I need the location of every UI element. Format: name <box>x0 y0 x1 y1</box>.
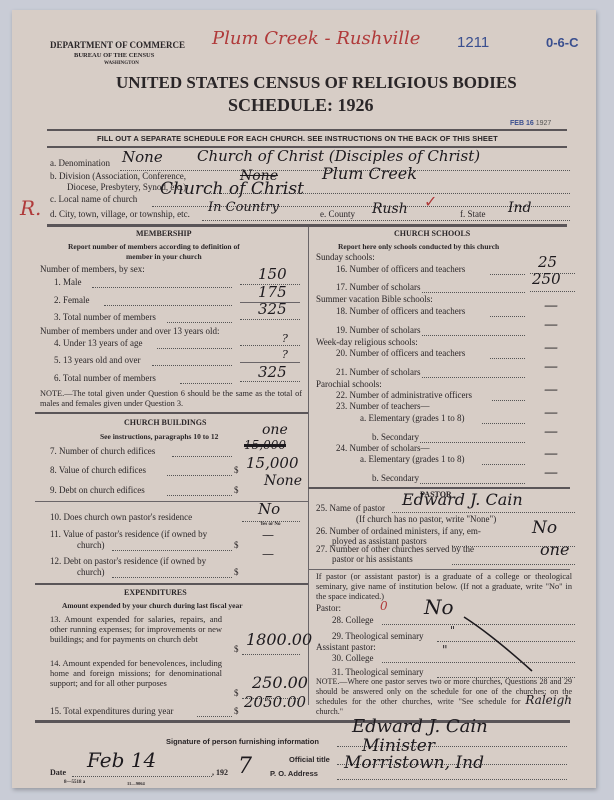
q9-label: 9. Debt on church edifices <box>50 485 145 495</box>
form-code-1: 8—5518 a <box>64 780 85 785</box>
expenditures-intro: Amount expended by your church during la… <box>62 601 243 610</box>
q5-value: ? <box>282 348 288 361</box>
local-name-value: Church of Christ <box>160 179 304 199</box>
q3-label: 3. Total number of members <box>54 312 156 322</box>
q13-value: 1800.00 <box>246 630 312 649</box>
q24b-label: b. Secondary <box>372 473 419 483</box>
parochial-schools-label: Parochial schools: <box>316 379 382 389</box>
q11-label-2: church) <box>77 540 104 550</box>
q24a-label: a. Elementary (grades 1 to 8) <box>360 454 464 464</box>
q22-label: 22. Number of administrative officers <box>336 390 472 400</box>
membership-title: MEMBERSHIP <box>136 229 192 238</box>
county-label: e. County <box>320 209 355 219</box>
schools-title: CHURCH SCHOOLS <box>394 229 470 238</box>
q18-label: 18. Number of officers and teachers <box>336 306 465 316</box>
pastor-note-value: Raleigh <box>525 693 572 707</box>
q8-label: 8. Value of church edifices <box>50 465 146 475</box>
year-value: 7 <box>238 754 252 779</box>
address-label: P. O. Address <box>270 769 318 778</box>
form-number: 1211 <box>457 34 489 51</box>
q30-label: 30. College <box>332 653 374 663</box>
handwritten-location: Plum Creek - Rushville <box>212 28 420 49</box>
q6-value: 325 <box>258 363 287 381</box>
division-value: Plum Creek <box>322 164 417 183</box>
assistant-pastor-label: Assistant pastor: <box>316 642 376 652</box>
membership-intro-2: member in your church <box>126 252 202 261</box>
q1-label: 1. Male <box>54 277 82 287</box>
q2-value: 175 <box>258 283 287 301</box>
address-value: Morristown, Ind <box>344 753 484 773</box>
signature-label: Signature of person furnishing informati… <box>166 737 319 746</box>
q24b-value: — <box>544 465 558 481</box>
q23b-value: — <box>544 424 558 440</box>
q27-label-1: 27. Number of other churches served by t… <box>316 544 474 554</box>
q20-value: — <box>544 340 558 356</box>
q12-currency: $ <box>234 567 239 577</box>
official-title-label: Official title <box>289 755 330 764</box>
q25-label: 25. Name of pastor <box>316 503 385 513</box>
q24a-value: — <box>544 446 558 462</box>
q3-value: 325 <box>258 300 287 318</box>
q2-label: 2. Female <box>54 295 90 305</box>
q11-label-1: 11. Value of pastor's residence (if owne… <box>50 529 207 539</box>
q16-label: 16. Number of officers and teachers <box>336 264 465 274</box>
pastor-mark: 0 <box>380 599 388 613</box>
q15-label: 15. Total expenditures during year <box>50 706 173 716</box>
weekday-schools-label: Week-day religious schools: <box>316 337 418 347</box>
q19-value: — <box>544 317 558 333</box>
city-value: In Country <box>208 200 279 215</box>
denomination-struck: None <box>122 148 163 166</box>
q15-currency: $ <box>234 706 239 716</box>
q18-value: — <box>544 298 558 314</box>
q4-label: 4. Under 13 years of age <box>54 338 142 348</box>
department-label: DEPARTMENT OF COMMERCE <box>50 40 185 50</box>
buildings-intro: See instructions, paragraphs 10 to 12 <box>100 432 218 441</box>
city-label: d. City, town, village, or township, etc… <box>50 209 190 219</box>
schools-intro: Report here only schools conducted by th… <box>338 242 499 251</box>
q9-currency: $ <box>234 485 239 495</box>
q13-label: 13. Amount expended for salaries, repair… <box>50 614 222 644</box>
q27-value: one <box>540 540 569 559</box>
city-label: WASHINGTON <box>104 61 139 66</box>
membership-note: NOTE.—The total given under Question 6 s… <box>40 389 302 409</box>
membership-intro-1: Report number of members according to de… <box>68 242 240 251</box>
section-rule <box>47 224 567 227</box>
red-checkmark-icon: ✓ <box>424 192 437 212</box>
state-label: f. State <box>460 209 486 219</box>
q12-value: — <box>262 547 274 561</box>
stamp-year: 1927 <box>536 120 552 127</box>
bureau-label: BUREAU OF THE CENSUS <box>74 52 154 59</box>
q28-value: No <box>424 595 454 619</box>
summer-schools-label: Summer vacation Bible schools: <box>316 294 433 304</box>
local-name-label: c. Local name of church <box>50 194 137 204</box>
q23a-value: — <box>544 405 558 421</box>
q27-label-2: pastor or his assistants <box>332 554 413 564</box>
q23a-label: a. Elementary (grades 1 to 8) <box>360 413 464 423</box>
q14-label: 14. Amount expended for benevolences, in… <box>50 658 222 688</box>
q7-value: one <box>262 422 288 438</box>
received-stamp: FEB 16 1927 <box>510 120 551 127</box>
by-age-label: Number of members under and over 13 year… <box>40 326 219 336</box>
q7-label: 7. Number of church edifices <box>50 446 155 456</box>
form-title: UNITED STATES CENSUS OF RELIGIOUS BODIES <box>116 73 517 93</box>
margin-mark: R. <box>20 196 41 220</box>
census-schedule-sheet: DEPARTMENT OF COMMERCE BUREAU OF THE CEN… <box>12 10 596 788</box>
county-value: Rush <box>372 201 408 217</box>
q14-value: 250.00 <box>252 673 308 692</box>
denomination-value: Church of Christ (Disciples of Christ) <box>197 147 480 165</box>
q13-currency: $ <box>234 644 239 654</box>
by-sex-label: Number of members, by sex: <box>40 264 145 274</box>
form-subtitle: SCHEDULE: 1926 <box>228 95 374 116</box>
instruction-banner: FILL OUT A SEPARATE SCHEDULE FOR EACH CH… <box>97 134 498 143</box>
denomination-label: a. Denomination <box>50 158 110 168</box>
q30-value: " <box>442 643 448 657</box>
q8-currency: $ <box>234 465 239 475</box>
q16-value: 25 <box>538 253 557 271</box>
q19-label: 19. Number of scholars <box>336 325 420 335</box>
buildings-title: CHURCH BUILDINGS <box>124 418 206 427</box>
q5-label: 5. 13 years old and over <box>54 355 140 365</box>
q21-value: — <box>544 359 558 375</box>
q1-value: 150 <box>258 265 287 283</box>
signature-value: Edward J. Cain <box>352 716 488 737</box>
q14-currency: $ <box>234 688 239 698</box>
pastor-note-end: church." <box>316 707 343 716</box>
form-code: 0-6-C <box>546 35 579 50</box>
q11-currency: $ <box>234 540 239 550</box>
q11-value: — <box>262 528 274 542</box>
q4-value: ? <box>282 332 288 345</box>
q17-value: 250 <box>532 270 561 288</box>
q7-struck: 15,000 <box>244 438 286 452</box>
q24-label: 24. Number of scholars— <box>336 443 429 453</box>
q12-label-2: church) <box>77 567 104 577</box>
strike-through-line <box>462 615 542 675</box>
q12-label-1: 12. Debt on pastor's residence (if owned… <box>50 556 206 566</box>
header-rule-top <box>47 129 567 131</box>
q29-label: 29. Theological seminary <box>332 631 424 641</box>
q8-value: 15,000 <box>246 454 299 472</box>
q26-label-1: 26. Number of ordained ministers, if any… <box>316 526 481 536</box>
year-prefix: , 192 <box>212 768 228 777</box>
state-value: Ind <box>508 200 532 216</box>
q23-label: 23. Number of teachers— <box>336 401 429 411</box>
q17-label: 17. Number of scholars <box>336 282 420 292</box>
q31-label: 31. Theological seminary <box>332 667 424 677</box>
stamp-date: FEB 16 <box>510 120 534 127</box>
q25-value: Edward J. Cain <box>402 490 523 509</box>
form-code-2: 11—9064 <box>127 781 145 786</box>
q26-value: No <box>532 518 557 538</box>
q10-label: 10. Does church own pastor's residence <box>50 512 192 522</box>
expenditures-title: EXPENDITURES <box>124 588 187 597</box>
q25-hint: (If church has no pastor, write "None") <box>356 514 496 524</box>
q6-label: 6. Total number of members <box>54 373 156 383</box>
q10-hint: Yes or No <box>260 522 280 527</box>
q23b-label: b. Secondary <box>372 432 419 442</box>
q28-label: 28. College <box>332 615 374 625</box>
q9-value: None <box>264 473 302 489</box>
sunday-schools-label: Sunday schools: <box>316 252 375 262</box>
q20-label: 20. Number of officers and teachers <box>336 348 465 358</box>
q15-value: 2050.00 <box>244 693 306 711</box>
date-value: Feb 14 <box>87 748 156 772</box>
q21-label: 21. Number of scholars <box>336 367 420 377</box>
pastor-note: NOTE.—Where one pastor serves two or mor… <box>316 677 572 716</box>
q29-value: " <box>450 624 455 637</box>
pastor-label: Pastor: <box>316 603 341 613</box>
date-label: Date <box>50 768 66 777</box>
q22-value: — <box>544 382 558 398</box>
q10-value: No <box>258 500 280 518</box>
